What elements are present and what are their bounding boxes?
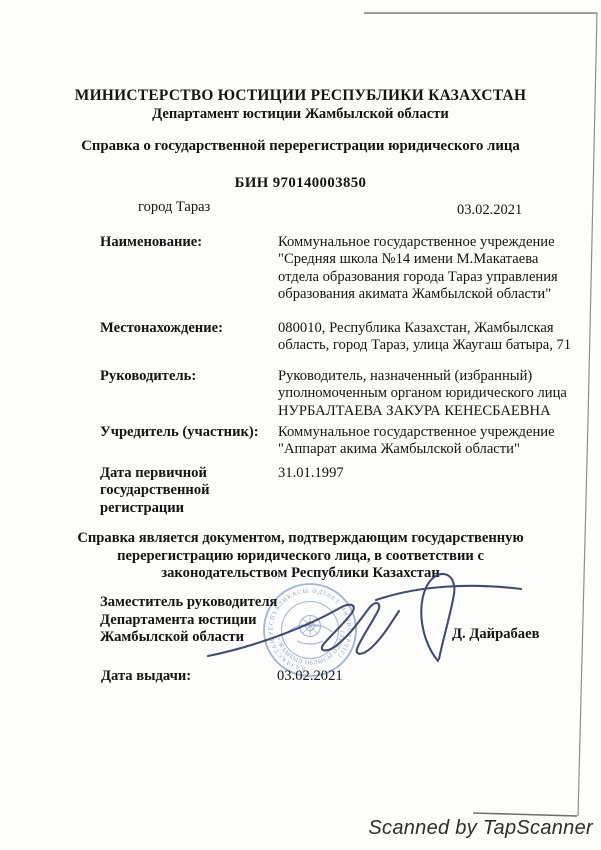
department-name: Департамент юстиции Жамбылской области [0,106,601,123]
city-name: город Тараз [138,199,210,216]
signer-title: Заместитель руководителя Департамента юс… [100,594,277,647]
issue-date-value: 03.02.2021 [277,668,343,685]
field-label-name: Наименование: [100,234,272,251]
field-label-location: Местонахождение: [100,320,272,337]
document-date: 03.02.2021 [457,202,522,219]
bin-number: БИН 970140003850 [0,175,601,192]
field-value-first-registration-date: 31.01.1997 [278,465,574,482]
field-value-head: Руководитель, назначенный (избранный) уп… [278,368,574,420]
field-value-name: Коммунальное государственное учреждение … [278,234,574,303]
field-label-founder: Учредитель (участник): [100,424,272,441]
tapscanner-watermark: Scanned by TapScanner [368,817,593,840]
signer-name: Д. Дайрабаев [452,626,539,643]
field-value-founder: Коммунальное государственное учреждение … [278,424,574,459]
scanned-certificate-page: МИНИСТЕРСТВО ЮСТИЦИИ РЕСПУБЛИКИ КАЗАХСТА… [0,0,601,850]
ministry-name: МИНИСТЕРСТВО ЮСТИЦИИ РЕСПУБЛИКИ КАЗАХСТА… [0,87,601,105]
field-value-location: 080010, Республика Казахстан, Жамбылская… [278,320,574,355]
field-label-head: Руководитель: [100,368,272,385]
document-title: Справка о государственной перерегистраци… [0,138,601,155]
issue-date-label: Дата выдачи: [101,668,191,685]
field-label-first-registration-date: Дата первичной государственной регистрац… [100,465,272,517]
